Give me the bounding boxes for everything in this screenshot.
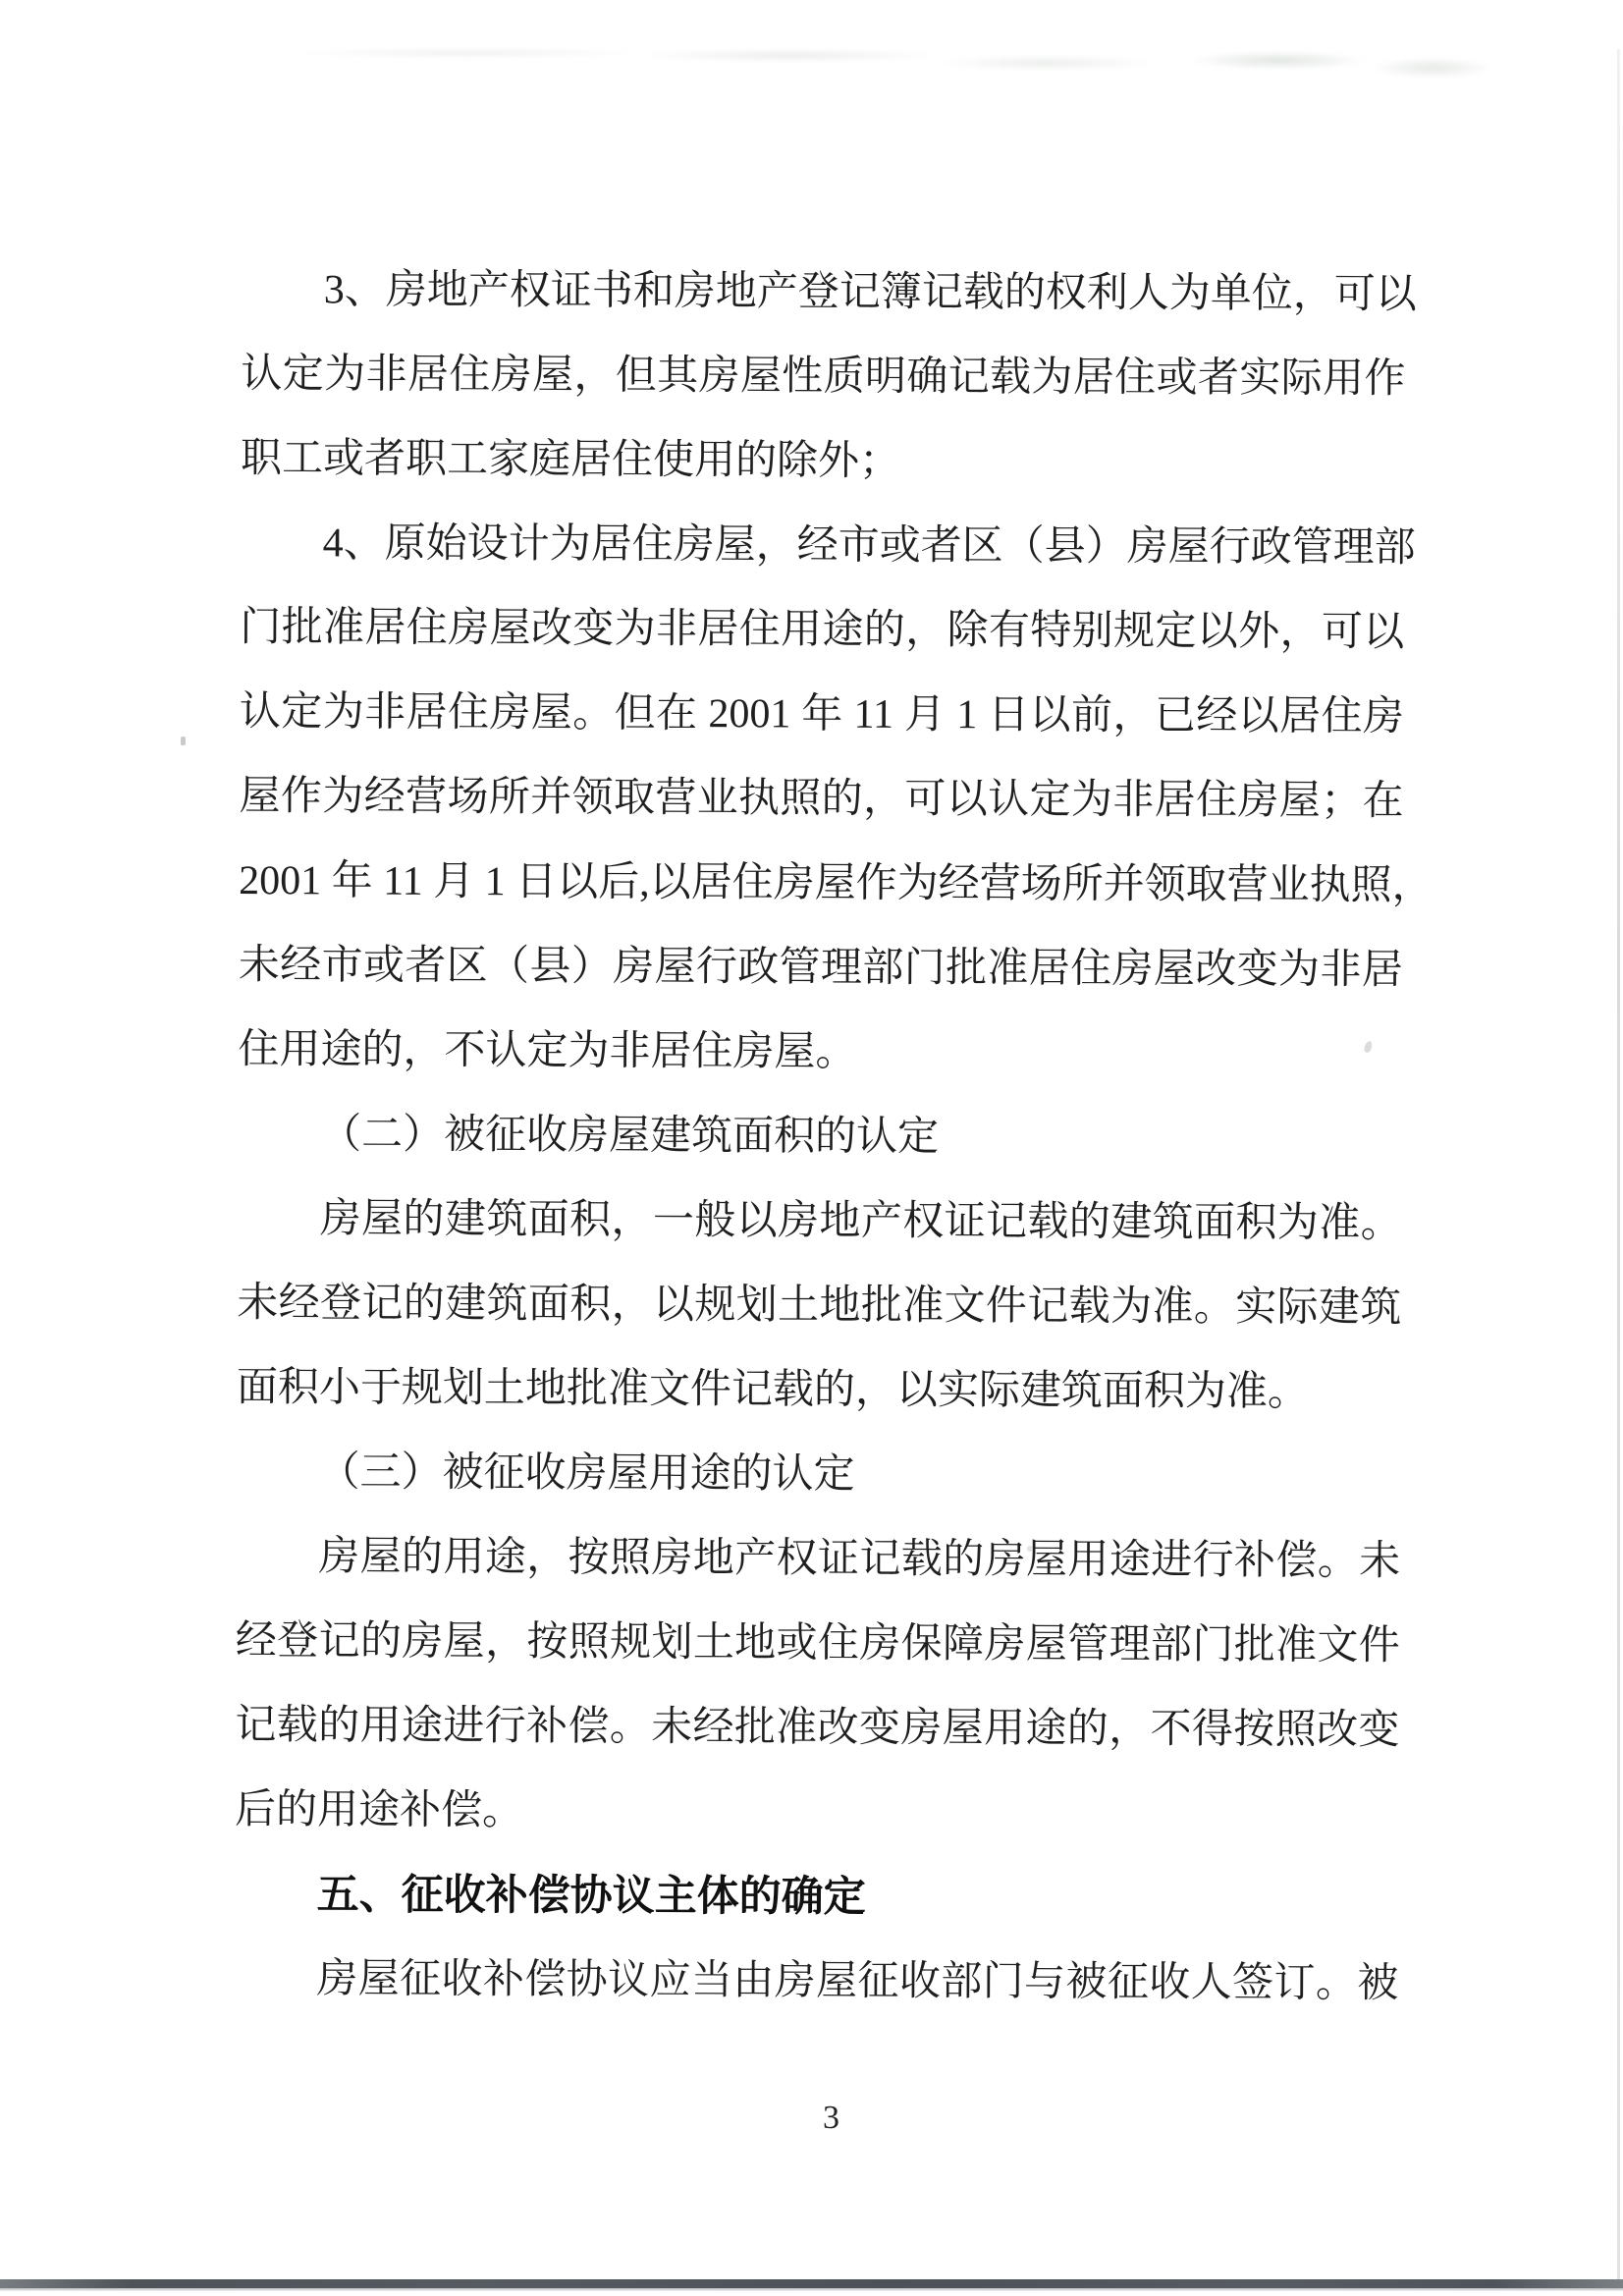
scan-noise-band <box>275 33 1561 82</box>
text-line: 2001 年 11 月 1 日以后,以居住房屋作为经营场所并领取营业执照， <box>239 839 1403 928</box>
scan-speck <box>1027 1546 1033 1552</box>
text-line: 房屋的建筑面积，一般以房地产权证记载的建筑面积为准。 <box>237 1176 1401 1266</box>
text-line: 未经登记的建筑面积，以规划土地批准文件记载为准。实际建筑 <box>237 1261 1401 1350</box>
text-block: 3、房地产权证书和房地产登记簿记载的权利人为单位，可以认定为非居住房屋，但其房屋… <box>234 247 1406 2026</box>
scan-edge-bottom <box>0 2279 1623 2288</box>
text-line: 4、原始设计为居住房屋，经市或者区（县）房屋行政管理部 <box>240 501 1404 590</box>
text-line: 认定为非居住房屋。但在 2001 年 11 月 1 日以前，已经以居住房 <box>240 670 1404 759</box>
text-line: 住用途的，不认定为非居住房屋。 <box>238 1008 1402 1097</box>
text-line: 房屋征收补偿协议应当由房屋征收部门与被征收人签订。被 <box>234 1937 1398 2026</box>
scanned-document-page: 3、房地产权证书和房地产登记簿记载的权利人为单位，可以认定为非居住房屋，但其房屋… <box>0 0 1623 2296</box>
scan-edge-right <box>1617 49 1620 2288</box>
text-line: 职工或者职工家庭居住使用的除外； <box>241 416 1405 506</box>
text-line: 3、房地产权证书和房地产登记簿记载的权利人为单位，可以 <box>242 247 1406 337</box>
scan-speck <box>181 737 186 745</box>
text-line: 屋作为经营场所并领取营业执照的，可以认定为非居住房屋；在 <box>239 754 1403 844</box>
text-line: 经登记的房屋，按照规划土地或住房保障房屋管理部门批准文件 <box>236 1599 1400 1688</box>
text-line: 门批准居住房屋改变为非居住用途的，除有特别规定以外，可以 <box>240 585 1404 675</box>
text-line: 记载的用途进行补偿。未经批准改变房屋用途的，不得按照改变 <box>235 1683 1399 1773</box>
text-line: 未经市或者区（县）房屋行政管理部门批准居住房屋改变为非居 <box>239 923 1403 1012</box>
text-line: 面积小于规划土地批准文件记载的，以实际建筑面积为准。 <box>237 1345 1401 1435</box>
page-number: 3 <box>0 2100 1623 2137</box>
section-heading: 五、征收补偿协议主体的确定 <box>234 1852 1398 1941</box>
text-line: （二）被征收房屋建筑面积的认定 <box>238 1092 1402 1181</box>
text-line: 后的用途补偿。 <box>235 1768 1399 1857</box>
text-line: （三）被征收房屋用途的认定 <box>236 1430 1400 1519</box>
text-line: 认定为非居住房屋，但其房屋性质明确记载为居住或者实际用作 <box>241 332 1405 421</box>
text-line: 房屋的用途，按照房地产权证记载的房屋用途进行补偿。未 <box>236 1514 1400 1604</box>
